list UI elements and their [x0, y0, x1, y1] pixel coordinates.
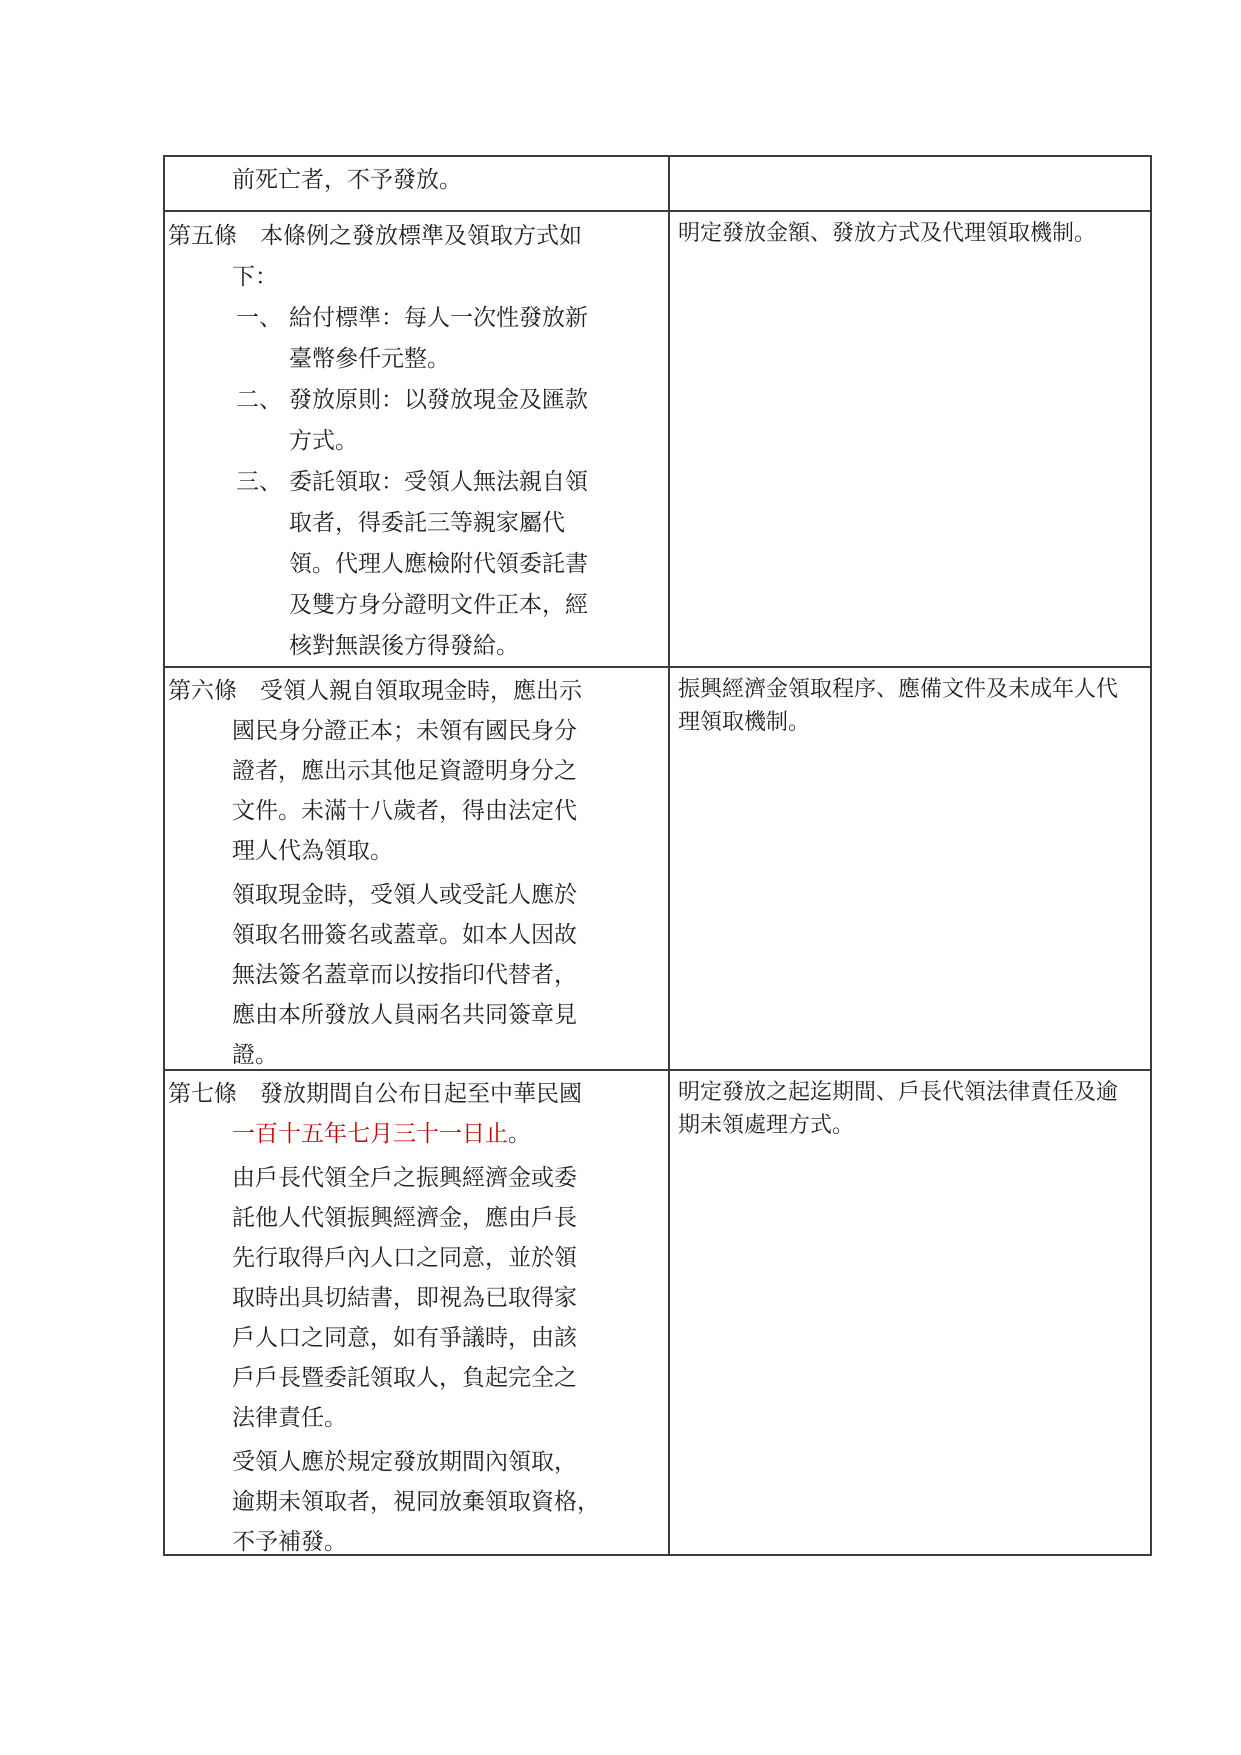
explanation-line: 明定發放之起迄期間、戶長代領法律責任及逾 — [678, 1075, 1144, 1108]
list-item-marker: 三、 — [236, 461, 289, 666]
article-text-line: 文件。未滿十八歲者，得由法定代 — [232, 791, 664, 831]
article-text-line: 方式。 — [289, 420, 588, 461]
article-text-line: 下： — [232, 256, 664, 297]
list-item-1: 一、 給付標準：每人一次性發放新 臺幣參仟元整。 — [236, 297, 664, 379]
list-item-marker: 一、 — [236, 297, 289, 379]
article-text: 受領人親自領取現金時，應出示 — [260, 678, 582, 703]
article-text-line: 逾期未領取者，視同放棄領取資格， — [232, 1482, 664, 1522]
article-text-line: 及雙方身分證明文件正本，經 — [289, 584, 588, 625]
list-item-marker: 二、 — [236, 379, 289, 461]
explanation-cell-row1 — [668, 157, 1150, 210]
explanation-cell-article6: 振興經濟金領取程序、應備文件及未成年人代 理領取機制。 — [668, 666, 1150, 1069]
explanation-line: 期未領處理方式。 — [678, 1108, 1144, 1141]
article-text-line: 臺幣參仟元整。 — [289, 338, 588, 379]
list-item-3: 三、 委託領取：受領人無法親自領 取者，得委託三等親家屬代 領。代理人應檢附代領… — [236, 461, 664, 666]
article-cell-article5: 第五條本條例之發放標準及領取方式如 下： 一、 給付標準：每人一次性發放新 臺幣… — [165, 210, 668, 666]
article-text-line: 證者，應出示其他足資證明身分之 — [232, 751, 664, 791]
article-text: 發放期間自公布日起至中華民國 — [260, 1081, 582, 1106]
article-text-line: 領取名冊簽名或蓋章。如本人因故 — [232, 915, 664, 955]
article-text-line: 核對無誤後方得發給。 — [289, 625, 588, 666]
list-item-body: 發放原則：以發放現金及匯款 方式。 — [289, 379, 588, 461]
article-text-line: 不予補發。 — [232, 1522, 664, 1554]
explanation-line: 理領取機制。 — [678, 705, 1144, 738]
article-text-line: 一百十五年七月三十一日止。 — [232, 1114, 664, 1154]
regulation-table: 前死亡者，不予發放。 第五條本條例之發放標準及領取方式如 下： 一、 給付標準：… — [163, 155, 1152, 1556]
article-text-line: 受領人應於規定發放期間內領取， — [232, 1442, 664, 1482]
article-text-line: 領取現金時，受領人或受託人應於 — [232, 875, 664, 915]
article-text-line: 由戶長代領全戶之振興經濟金或委 — [232, 1158, 664, 1198]
article-text: 本條例之發放標準及領取方式如 — [260, 223, 582, 248]
list-item-body: 委託領取：受領人無法親自領 取者，得委託三等親家屬代 領。代理人應檢附代領委託書… — [289, 461, 588, 666]
article-cell-article7: 第七條發放期間自公布日起至中華民國 一百十五年七月三十一日止。 由戶長代領全戶之… — [165, 1069, 668, 1554]
explanation-cell-article5: 明定發放金額、發放方式及代理領取機制。 — [668, 210, 1150, 666]
explanation-line: 振興經濟金領取程序、應備文件及未成年人代 — [678, 672, 1144, 705]
article-text-line: 取時出具切結書，即視為已取得家 — [232, 1278, 664, 1318]
article-text-line: 證。 — [232, 1035, 664, 1069]
article-number: 第六條 — [168, 671, 260, 711]
article-number: 第五條 — [168, 215, 260, 256]
list-item-body: 給付標準：每人一次性發放新 臺幣參仟元整。 — [289, 297, 588, 379]
article-text-line: 委託領取：受領人無法親自領 — [289, 461, 588, 502]
article-text-line: 領。代理人應檢附代領委託書 — [289, 543, 588, 584]
article-text-line: 前死亡者，不予發放。 — [232, 160, 664, 200]
article-number: 第七條 — [168, 1074, 260, 1114]
document-page: 前死亡者，不予發放。 第五條本條例之發放標準及領取方式如 下： 一、 給付標準：… — [0, 0, 1241, 1755]
article-text-line: 取者，得委託三等親家屬代 — [289, 502, 588, 543]
article-text-line: 戶人口之同意，如有爭議時，由該 — [232, 1318, 664, 1358]
article-text-line: 法律責任。 — [232, 1398, 664, 1438]
list-item-2: 二、 發放原則：以發放現金及匯款 方式。 — [236, 379, 664, 461]
article-text-line: 無法簽名蓋章而以按指印代替者， — [232, 955, 664, 995]
date-suffix: 。 — [508, 1121, 531, 1146]
article-text-line: 先行取得戶內人口之同意，並於領 — [232, 1238, 664, 1278]
explanation-line: 明定發放金額、發放方式及代理領取機制。 — [678, 216, 1144, 249]
article-text-line: 應由本所發放人員兩名共同簽章見 — [232, 995, 664, 1035]
article-head-line: 第五條本條例之發放標準及領取方式如 — [168, 215, 664, 256]
article-head-line: 第六條受領人親自領取現金時，應出示 — [168, 671, 664, 711]
article-head-line: 第七條發放期間自公布日起至中華民國 — [168, 1074, 664, 1114]
article-text-line: 發放原則：以發放現金及匯款 — [289, 379, 588, 420]
article-cell-article6: 第六條受領人親自領取現金時，應出示 國民身分證正本；未領有國民身分 證者，應出示… — [165, 666, 668, 1069]
article-text-line: 理人代為領取。 — [232, 831, 664, 871]
article-cell-row1: 前死亡者，不予發放。 — [165, 157, 668, 210]
article-text-line: 戶戶長暨委託領取人，負起完全之 — [232, 1358, 664, 1398]
explanation-cell-article7: 明定發放之起迄期間、戶長代領法律責任及逾 期未領處理方式。 — [668, 1069, 1150, 1554]
article-text-line: 給付標準：每人一次性發放新 — [289, 297, 588, 338]
article-text-line: 託他人代領振興經濟金，應由戶長 — [232, 1198, 664, 1238]
article-text-line: 國民身分證正本；未領有國民身分 — [232, 711, 664, 751]
date-highlight: 一百十五年七月三十一日止 — [232, 1121, 508, 1146]
